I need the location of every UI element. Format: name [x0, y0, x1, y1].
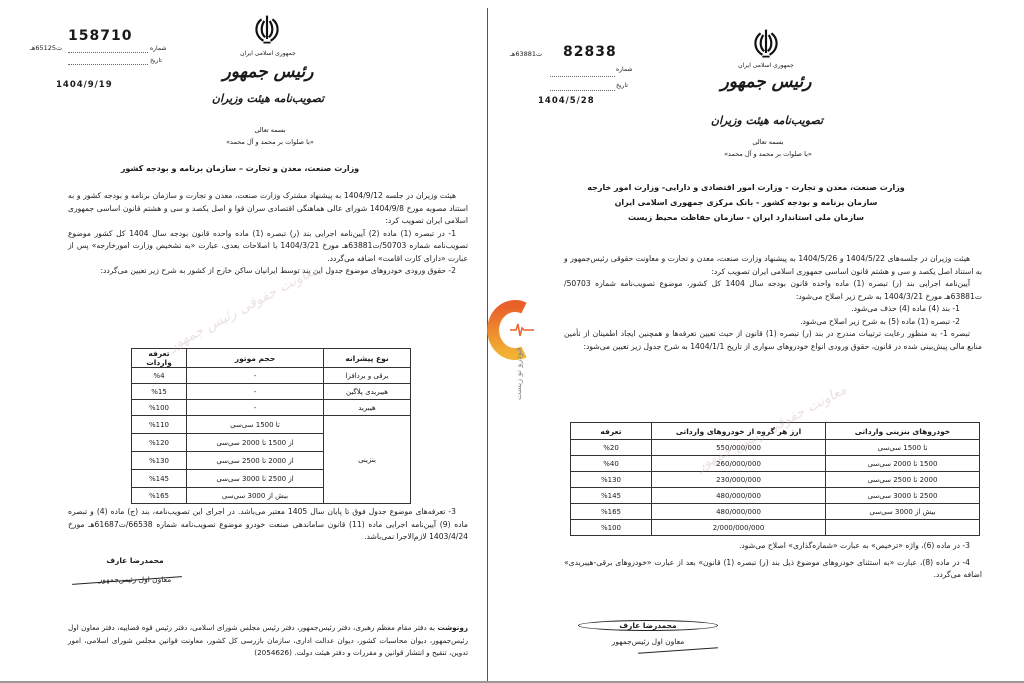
document-number: 158710: [68, 28, 132, 44]
table-row: برقی و بردافزا-%4: [132, 368, 411, 384]
cell-tariff: %120: [132, 434, 187, 452]
cc-label: رونوشت: [437, 623, 468, 632]
addressee-line-1: وزارت صنعت، معدن و تجارت - وزارت امور اق…: [546, 180, 946, 195]
date-field: [550, 90, 615, 91]
addressee: وزارت صنعت، معدن و تجارت - وزارت امور اق…: [546, 180, 946, 225]
invocation-line-1: بسمه تعالی: [170, 124, 370, 136]
invocation-line-2: «با صلوات بر محمد و آل محمد»: [668, 148, 868, 160]
addressee-line-3: سازمان ملی استاندارد ایران - سازمان حفاظ…: [546, 210, 946, 225]
cell-tariff: %130: [132, 452, 187, 470]
petrol-car-tariff-table: خودروهای بنزینی وارداتی ارز هر گروه از خ…: [570, 422, 980, 536]
cell-tariff: %110: [132, 416, 187, 434]
doc-type-title: تصویب‌نامه هیئت وزیران: [193, 92, 343, 105]
cell-tariff: %100: [571, 520, 652, 536]
cell-engine-type: هیبرید: [324, 400, 411, 416]
table-row: هیبرید-%100: [132, 400, 411, 416]
invocation-line-2: «با صلوات بر محمد و آل محمد»: [170, 136, 370, 148]
iran-emblem-icon: [748, 26, 784, 62]
number-label: شماره: [150, 45, 166, 52]
cell-category: 2500 تا 3000 سی‌سی: [826, 488, 980, 504]
header-engine-volume: حجم موتور: [187, 349, 324, 368]
number-field: [68, 52, 148, 53]
cell-currency: 260/000/000: [652, 456, 826, 472]
table-row: 2/000/000/000%100: [571, 520, 980, 536]
decree-body: هیئت وزیران در جلسه 1404/9/12 به پیشنهاد…: [68, 190, 468, 278]
cell-engine-type: بنزینی: [324, 416, 411, 504]
cell-tariff: %40: [571, 456, 652, 472]
header-tariff: تعرفه: [571, 423, 652, 440]
table-row: بنزینیتا 1500 سی‌سی%110: [132, 416, 411, 434]
signatory-title: معاون اول رئیس‌جمهور: [578, 637, 718, 646]
signature-stroke: [638, 647, 718, 654]
cc-recipients: به دفتر مقام معظم رهبری، دفتر رئیس‌جمهور…: [68, 623, 468, 657]
cell-tariff: %145: [132, 470, 187, 488]
cell-volume: از 1500 تا 2000 سی‌سی: [187, 434, 324, 452]
import-tariff-table: نوع پیشرانه حجم موتور تعرفه واردات برقی …: [131, 348, 411, 504]
country-name: جمهوری اسلامی ایران: [228, 50, 308, 57]
note-1: تبصره 1- به منظور رعایت ترتیبات مندرج در…: [564, 328, 982, 353]
item-1: 1- بند (4) ماده (4) حذف می‌شود.: [564, 303, 982, 316]
cell-currency: 230/000/000: [652, 472, 826, 488]
cell-engine-type: هیبریدی پلاگین: [324, 384, 411, 400]
table-row: 2000 تا 2500 سی‌سی230/000/000%130: [571, 472, 980, 488]
cell-tariff: %165: [132, 488, 187, 504]
document-reference: ت65125هـ: [30, 44, 62, 52]
cell-currency: 2/000/000/000: [652, 520, 826, 536]
amendment-paragraph: آیین‌نامه اجرایی بند (ر) تبصره (1) ماده …: [564, 278, 982, 303]
cell-volume: -: [187, 384, 324, 400]
cell-volume: بیش از 3000 سی‌سی: [187, 488, 324, 504]
watermark-brand-text: خودرو نو زیست: [514, 347, 523, 400]
tire-pulse-logo-icon: [486, 300, 536, 360]
signature-block: محمدرضا عارف معاون اول رئیس‌جمهور: [578, 620, 718, 646]
clause-1: 1- در تبصره (1) ماده (2) آیین‌نامه اجرای…: [68, 228, 468, 266]
document-date: 1404/9/19: [56, 80, 113, 90]
cell-category: تا 1500 سی‌سی: [826, 440, 980, 456]
cell-tariff: %15: [132, 384, 187, 400]
item-2: 2- تبصره (1) ماده (5) به شرح زیر اصلاح م…: [564, 316, 982, 329]
decree-document-left: جمهوری اسلامی ایران رئیس جمهور تصویب‌نام…: [0, 0, 487, 683]
cell-tariff: %4: [132, 368, 187, 384]
office-title: رئیس جمهور: [706, 72, 826, 92]
document-date: 1404/5/28: [538, 96, 595, 106]
intro-paragraph: هیئت وزیران در جلسه 1404/9/12 به پیشنهاد…: [68, 190, 468, 228]
cell-tariff: %130: [571, 472, 652, 488]
item-3: 3- در ماده (6)، واژه «ترخیص» به عبارت «ش…: [564, 540, 982, 553]
table-row: بیش از 3000 سی‌سی480/000/000%165: [571, 504, 980, 520]
document-reference: ت63881هـ: [510, 50, 542, 58]
clause-2: 2- حقوق ورودی خودروهای موضوع جدول این بن…: [68, 265, 468, 278]
cell-volume: تا 1500 سی‌سی: [187, 416, 324, 434]
cell-category: 1500 تا 2000 سی‌سی: [826, 456, 980, 472]
number-field: [550, 76, 615, 77]
table-row: 2500 تا 3000 سی‌سی480/000/000%145: [571, 488, 980, 504]
header-engine-type: نوع پیشرانه: [324, 349, 411, 368]
invocation-line-1: بسمه تعالی: [668, 136, 868, 148]
date-label: تاریخ: [616, 82, 628, 89]
date-field: [68, 64, 148, 65]
cell-volume: از 2000 تا 2500 سی‌سی: [187, 452, 324, 470]
closing-items: 3- در ماده (6)، واژه «ترخیص» به عبارت «ش…: [564, 540, 982, 582]
decree-document-right: جمهوری اسلامی ایران رئیس جمهور تصویب‌نام…: [488, 0, 1024, 683]
cell-category: [826, 520, 980, 536]
header-car-category: خودروهای بنزینی وارداتی: [826, 423, 980, 440]
signatory-name: محمدرضا عارف: [70, 556, 200, 565]
decree-body: هیئت وزیران در جلسه‌های 1404/5/22 و 1404…: [564, 253, 982, 353]
cell-volume: از 2500 تا 3000 سی‌سی: [187, 470, 324, 488]
cell-currency: 480/000/000: [652, 504, 826, 520]
item-4: 4- در ماده (8)، عبارت «به استثنای خودروه…: [564, 557, 982, 582]
cell-category: 2000 تا 2500 سی‌سی: [826, 472, 980, 488]
doc-type-title: تصویب‌نامه هیئت وزیران: [692, 114, 842, 127]
cell-volume: -: [187, 368, 324, 384]
carbon-copy-list: رونوشت به دفتر مقام معظم رهبری، دفتر رئی…: [68, 622, 468, 660]
cell-category: بیش از 3000 سی‌سی: [826, 504, 980, 520]
table-row: هیبریدی پلاگین-%15: [132, 384, 411, 400]
office-title: رئیس جمهور: [208, 62, 328, 82]
addressee: وزارت صنعت، معدن و تجارت – سازمان برنامه…: [90, 161, 390, 176]
clause-3: 3- تعرفه‌های موضوع جدول فوق تا پایان سال…: [68, 506, 468, 544]
number-label: شماره: [616, 66, 632, 73]
cell-tariff: %100: [132, 400, 187, 416]
intro-paragraph: هیئت وزیران در جلسه‌های 1404/5/22 و 1404…: [564, 253, 982, 278]
cell-tariff: %165: [571, 504, 652, 520]
signatory-name: محمدرضا عارف: [578, 620, 718, 631]
cell-tariff: %20: [571, 440, 652, 456]
iran-emblem-icon: [249, 12, 285, 48]
cell-engine-type: برقی و بردافزا: [324, 368, 411, 384]
document-number: 82838: [563, 44, 617, 60]
invocation: بسمه تعالی «با صلوات بر محمد و آل محمد»: [668, 136, 868, 160]
invocation: بسمه تعالی «با صلوات بر محمد و آل محمد»: [170, 124, 370, 148]
date-label: تاریخ: [150, 57, 162, 64]
addressee-line-2: سازمان برنامه و بودجه کشور - بانک مرکزی …: [546, 195, 946, 210]
cell-tariff: %145: [571, 488, 652, 504]
table-row: 1500 تا 2000 سی‌سی260/000/000%40: [571, 456, 980, 472]
cell-volume: -: [187, 400, 324, 416]
table-row: تا 1500 سی‌سی550/000/000%20: [571, 440, 980, 456]
cell-currency: 480/000/000: [652, 488, 826, 504]
country-name: جمهوری اسلامی ایران: [726, 62, 806, 69]
